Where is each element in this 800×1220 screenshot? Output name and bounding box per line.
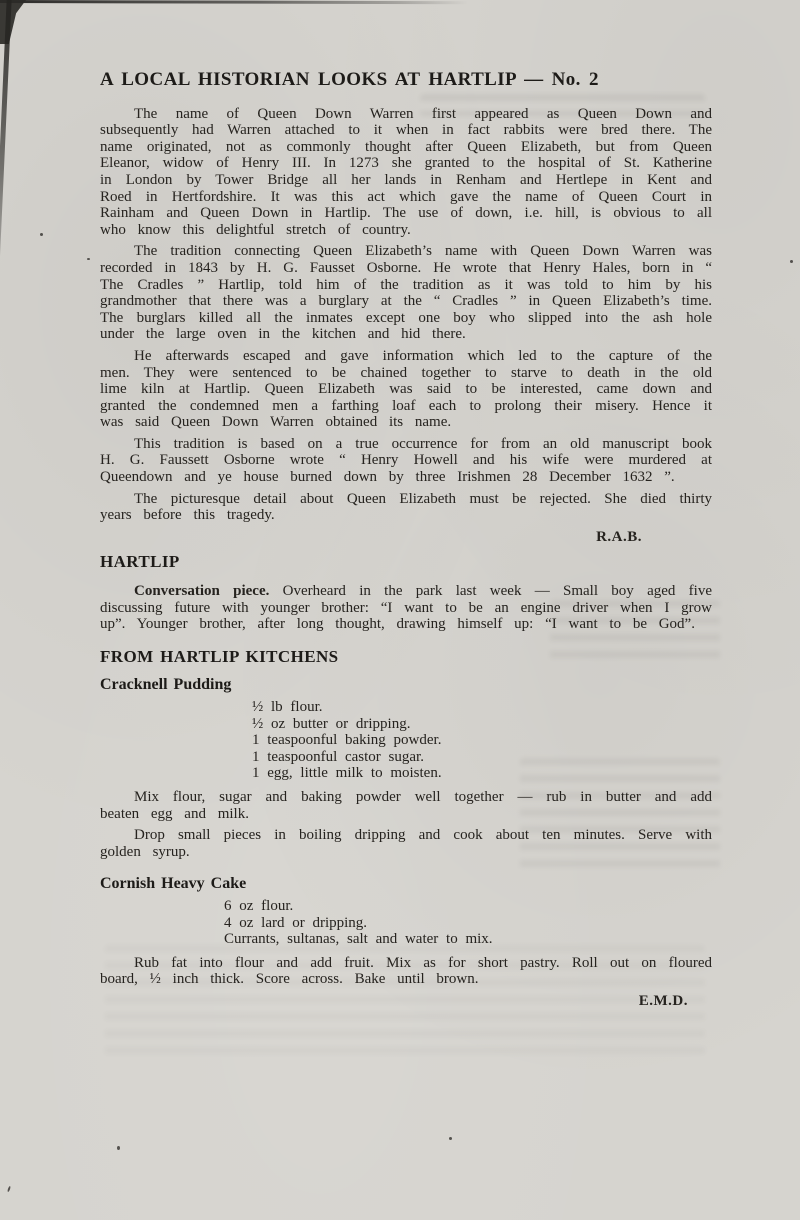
- article-paragraph: The tradition connecting Queen Elizabeth…: [100, 243, 712, 343]
- recipe-step: Rub fat into flour and add fruit. Mix as…: [100, 955, 712, 988]
- conversation-paragraph: Conversation piece. Overheard in the par…: [100, 583, 712, 633]
- scan-speck: [40, 233, 43, 236]
- ingredient-line: 6 oz flour.: [224, 898, 712, 915]
- ingredient-line: ½ lb flour.: [252, 699, 712, 716]
- section-heading-kitchens: FROM HARTLIP KITCHENS: [100, 649, 712, 666]
- author-initials: R.A.B.: [100, 529, 712, 546]
- ingredient-line: 1 egg, little milk to moisten.: [252, 765, 712, 782]
- recipe-step: Drop small pieces in boiling dripping an…: [100, 827, 712, 860]
- article-title: A LOCAL HISTORIAN LOOKS AT HARTLIP — No.…: [100, 72, 712, 89]
- scanned-page: A LOCAL HISTORIAN LOOKS AT HARTLIP — No.…: [0, 0, 800, 1220]
- scan-speck: [790, 260, 793, 263]
- ingredient-list: 6 oz flour. 4 oz lard or dripping. Curra…: [224, 898, 712, 948]
- recipe-name-cracknell: Cracknell Pudding: [100, 677, 712, 694]
- article-paragraph: The name of Queen Down Warren first appe…: [100, 106, 712, 239]
- scan-artifact-top-edge: [0, 0, 468, 4]
- article-paragraph: The picturesque detail about Queen Eliza…: [100, 491, 712, 524]
- scan-speck: [87, 258, 90, 260]
- scan-speck: [449, 1137, 452, 1140]
- scan-speck: [117, 1146, 120, 1150]
- ingredient-line: 1 teaspoonful castor sugar.: [252, 749, 712, 766]
- recipe-step: Mix flour, sugar and baking powder well …: [100, 789, 712, 822]
- scan-artifact-page-edge: [0, 0, 12, 322]
- ingredient-line: 4 oz lard or dripping.: [224, 915, 712, 932]
- recipe-name-cornish: Cornish Heavy Cake: [100, 876, 712, 893]
- conversation-lead: Conversation piece.: [134, 583, 269, 599]
- ingredient-line: ½ oz butter or dripping.: [252, 716, 712, 733]
- scan-speck: [7, 1186, 11, 1192]
- article-paragraph: He afterwards escaped and gave informati…: [100, 348, 712, 431]
- scan-artifact-corner-mark: [0, 0, 26, 44]
- article-paragraph: This tradition is based on a true occurr…: [100, 436, 712, 486]
- ingredient-list: ½ lb flour. ½ oz butter or dripping. 1 t…: [252, 699, 712, 782]
- section-heading-hartlip: HARTLIP: [100, 554, 712, 571]
- ingredient-line: 1 teaspoonful baking powder.: [252, 732, 712, 749]
- page-content: A LOCAL HISTORIAN LOOKS AT HARTLIP — No.…: [100, 72, 712, 1016]
- author-initials: E.M.D.: [100, 993, 712, 1010]
- ingredient-line: Currants, sultanas, salt and water to mi…: [224, 931, 712, 948]
